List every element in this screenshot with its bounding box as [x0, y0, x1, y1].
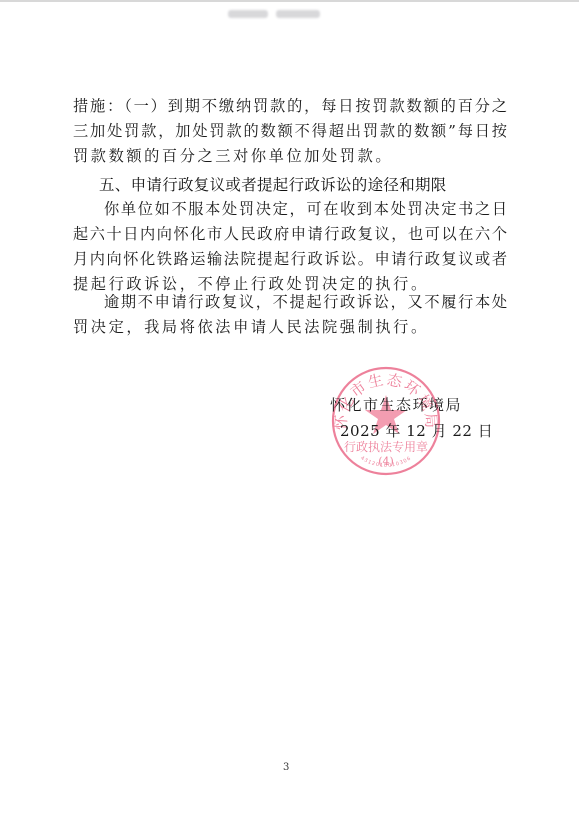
section-heading: 五、申请行政复议或者提起行政诉讼的途径和期限	[99, 173, 447, 195]
scan-top-edge	[0, 0, 579, 2]
issue-date: 2025 年 12 月 22 日	[340, 420, 493, 441]
paragraph-line: 你单位如不服本处罚决定，可在收到本处罚决定书之日	[73, 199, 507, 219]
paragraph-line: 月内向怀化铁路运输法院提起行政诉讼。申请行政复议或者	[73, 249, 507, 269]
scan-smudge	[276, 10, 320, 18]
paragraph-line: 措施：（一）到期不缴纳罚款的，每日按罚款数额的百分之	[73, 96, 507, 116]
scan-smudge	[228, 10, 268, 18]
page-number: 3	[283, 762, 289, 773]
issuing-organization: 怀化市生态环境局	[330, 394, 462, 415]
paragraph-line: 起六十日内向怀化市人民政府申请行政复议，也可以在六个	[73, 224, 507, 244]
paragraph-line: 罚决定，我局将依法申请人民法院强制执行。	[73, 317, 507, 337]
svg-text:行政执法专用章: 行政执法专用章	[344, 439, 428, 454]
paragraph-line: 三加处罚款，加处罚款的数额不得超出罚款的数额”每日按	[73, 121, 507, 141]
paragraph-line: 逾期不申请行政复议，不提起行政诉讼，又不履行本处	[73, 292, 507, 312]
paragraph-line: 罚款数额的百分之三对你单位加处罚款。	[73, 146, 507, 166]
paragraph-line: 提起行政诉讼，不停止行政处罚决定的执行。	[73, 274, 507, 294]
